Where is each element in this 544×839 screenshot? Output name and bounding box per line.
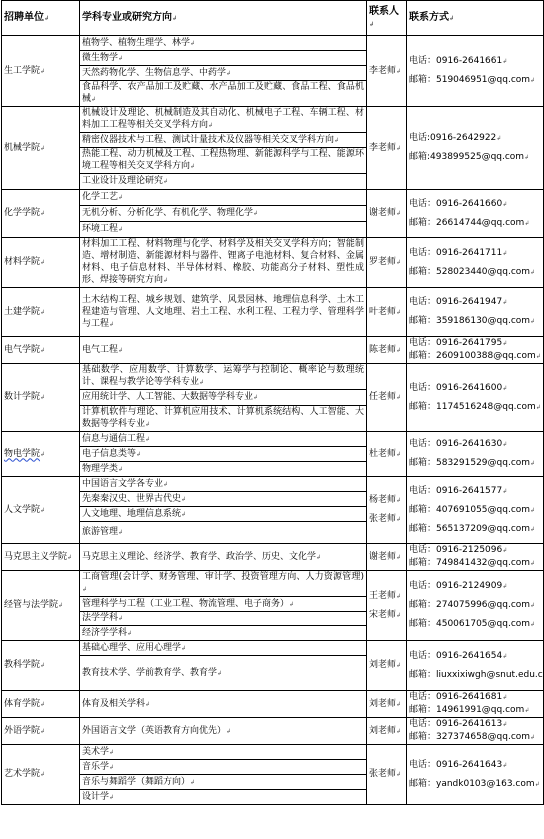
paragraph-mark-icon: ↲	[163, 277, 168, 284]
paragraph-mark-icon: ↲	[40, 662, 45, 669]
paragraph-mark-icon: ↲	[40, 68, 45, 75]
paragraph-mark-icon: ↲	[40, 451, 45, 458]
paragraph-mark-icon: ↲	[163, 481, 168, 488]
subject-text: 土木结构工程、城乡规划、建筑学、风景园林、地理信息科学、土木工程建造与管理、人文…	[82, 295, 364, 329]
paragraph-mark-icon: ↲	[502, 547, 507, 554]
subject-cell: 物理学类↲	[80, 462, 367, 477]
contact-person-name: 任老师	[369, 392, 396, 402]
paragraph-mark-icon: ↲	[396, 259, 401, 266]
phone-line: 电话：0916-2641643↲	[409, 759, 541, 772]
paragraph-mark-icon: ↲	[502, 583, 507, 590]
email-address[interactable]: 邮箱：749841432@qq.com	[409, 558, 530, 568]
table-row: 机械学院↲机械设计及理论、机械制造及其自动化、机械电子工程、车辆工程、材料加工工…	[2, 107, 544, 133]
contact-person-cell: 张老师↲	[367, 745, 407, 805]
subject-text: 机械设计及理论、机械制造及其自动化、机械电子工程、车辆工程、材料加工工程等相关交…	[82, 108, 364, 130]
subject-text: 天然药物化学、生物信息学、中药学	[82, 68, 226, 78]
subject-cell: 旅游管理↲	[80, 522, 367, 544]
paragraph-mark-icon: ↲	[109, 749, 114, 756]
unit-cell: 艺术学院↲	[2, 745, 80, 805]
phone-number: 电话：0916-2641600	[409, 383, 502, 393]
contact-person: 刘老师↲	[369, 659, 404, 672]
unit-name: 马克思主义学院	[4, 552, 67, 562]
recruitment-table: 招聘单位↲ 学科专业或研究方向↲ 联系人↲ 联系方式↲ 生工学院↲植物学、植物生…	[1, 0, 544, 805]
paragraph-mark-icon: ↲	[40, 145, 45, 152]
paragraph-mark-icon: ↲	[502, 488, 507, 495]
unit-cell: 电气学院↲	[2, 337, 80, 364]
paragraph-mark-icon: ↲	[118, 226, 123, 233]
email-address[interactable]: 邮箱：450061705@qq.com	[409, 619, 530, 629]
contact-person: 杨老师↲	[369, 494, 404, 507]
subject-text: 旅游管理	[82, 527, 118, 537]
subject-cell: 精密仪器技术与工程、测试计量技术及仪器等相关交叉学科方向↲	[80, 133, 367, 148]
paragraph-mark-icon: ↲	[172, 15, 177, 22]
paragraph-mark-icon: ↲	[396, 68, 401, 75]
unit-cell: 材料学院↲	[2, 238, 80, 288]
email-line: 邮箱:493899525@qq.com↲	[409, 151, 541, 164]
subject-text: 工商管理(会计学、财务管理、审计学、投资管理方向、人力资源管理)	[82, 572, 364, 582]
contact-person: 陈老师↲	[369, 344, 404, 357]
subject-cell: 体育及相关学科↲	[80, 691, 367, 718]
email-address[interactable]: 邮箱：407691055@qq.com	[409, 505, 530, 515]
paragraph-mark-icon: ↲	[118, 55, 123, 62]
email-line: 邮箱：583291529@qq.com↲	[409, 457, 541, 470]
paragraph-mark-icon: ↲	[502, 299, 507, 306]
email-address[interactable]: 邮箱：274075996@qq.com	[409, 600, 530, 610]
paragraph-mark-icon: ↲	[40, 507, 45, 514]
paragraph-mark-icon: ↲	[82, 586, 87, 593]
subject-text: 教育技术学、学前教育学、教育学	[82, 668, 217, 678]
phone-number: 电话：0916-2641630	[409, 439, 502, 449]
contact-person: 宋老师↲	[369, 609, 404, 622]
subject-text: 基础心理学、应用心理学	[82, 643, 181, 653]
paragraph-mark-icon: ↲	[502, 58, 507, 65]
unit-cell: 机械学院↲	[2, 107, 80, 190]
subject-cell: 美术学↲	[80, 745, 367, 760]
email-address[interactable]: 邮箱：359186130@qq.com	[409, 316, 530, 326]
subject-text: 经济学学科	[82, 628, 127, 638]
paragraph-mark-icon: ↲	[253, 394, 258, 401]
contact-person-cell: 任老师↲	[367, 364, 407, 432]
email-address[interactable]: 邮箱：liuxxixiwgh@snut.edu.cn	[409, 670, 544, 680]
header-person: 联系人↲	[367, 1, 407, 36]
contact-person: 王老师↲	[369, 590, 404, 603]
subject-text: 音乐学	[82, 762, 109, 772]
email-address[interactable]: 邮箱：26614744@qq.com	[409, 218, 524, 228]
phone-line: 电话：0916-2641711↲	[409, 247, 541, 260]
paragraph-mark-icon: ↲	[502, 653, 507, 660]
paragraph-mark-icon: ↲	[530, 602, 535, 609]
paragraph-mark-icon: ↲	[524, 154, 529, 161]
contact-info-cell: 电话：0916-2124909↲邮箱：274075996@qq.com↲邮箱：4…	[407, 571, 544, 641]
paragraph-mark-icon: ↲	[536, 353, 541, 360]
table-row: 化学学院↲化学工艺↲谢老师↲电话：0916-2641660↲邮箱：2661474…	[2, 190, 544, 206]
unit-cell: 外语学院↲	[2, 718, 80, 745]
subject-text: 热能工程、动力机械及工程、工程热物理、新能源科学与工程、能源环境工程等相关交叉学…	[82, 149, 364, 171]
paragraph-mark-icon: ↲	[118, 194, 123, 201]
paragraph-mark-icon: ↲	[396, 662, 401, 669]
contact-person-name: 刘老师	[369, 726, 396, 736]
paragraph-mark-icon: ↲	[502, 250, 507, 257]
contact-person-name: 张老师	[369, 769, 396, 779]
paragraph-mark-icon: ↲	[226, 728, 231, 735]
contact-person-name: 李老师	[369, 66, 396, 76]
paragraph-mark-icon: ↲	[136, 451, 141, 458]
phone-line: 电话：0916-2641660↲	[409, 198, 541, 211]
subject-cell: 音乐与舞蹈学（舞蹈方向）↲	[80, 775, 367, 790]
email-address[interactable]: 邮箱：14961991@qq.com	[409, 705, 524, 715]
paragraph-mark-icon: ↲	[530, 460, 535, 467]
header-unit: 招聘单位↲	[2, 1, 80, 36]
phone-number: 电话：0916-2641947	[409, 297, 502, 307]
unit-name: 电气学院	[4, 345, 40, 355]
subject-cell: 信息与通信工程↲	[80, 432, 367, 447]
phone-number: 电话：0916-2641661	[409, 56, 502, 66]
paragraph-mark-icon: ↲	[40, 259, 45, 266]
paragraph-mark-icon: ↲	[396, 394, 401, 401]
paragraph-mark-icon: ↲	[396, 554, 401, 561]
contact-info-cell: 电话：0916-2641577↲邮箱：407691055@qq.com↲邮箱：5…	[407, 477, 544, 544]
paragraph-mark-icon: ↲	[40, 394, 45, 401]
subject-text: 计算机软件与理论、计算机应用技术、计算机系统结构、人工智能、大数据等学科专业	[82, 407, 364, 429]
email-address[interactable]: 邮箱：565137209@qq.com	[409, 524, 530, 534]
paragraph-mark-icon: ↲	[40, 728, 45, 735]
paragraph-mark-icon: ↲	[396, 497, 401, 504]
subject-text: 精密仪器技术与工程、测试计量技术及仪器等相关交叉学科方向	[82, 135, 334, 145]
paragraph-mark-icon: ↲	[530, 621, 535, 628]
unit-name: 数计学院	[4, 392, 40, 402]
contact-person-cell: 王老师↲宋老师↲	[367, 571, 407, 641]
subject-cell: 植物学、植物生理学、林学↲	[80, 36, 367, 51]
subject-cell: 工业设计及理论研究↲	[80, 174, 367, 190]
paragraph-mark-icon: ↲	[396, 701, 401, 708]
subject-cell: 法学学科↲	[80, 612, 367, 626]
subject-cell: 应用统计学、人工智能、大数据等学科专业↲	[80, 390, 367, 406]
unit-cell: 经管与法学院↲	[2, 571, 80, 641]
phone-number: 电话：0916-2641711	[409, 248, 502, 258]
email-line: 邮箱：749841432@qq.com↲	[409, 557, 541, 570]
paragraph-mark-icon: ↲	[502, 385, 507, 392]
contact-person-cell: 罗老师↲	[367, 238, 407, 288]
subject-text: 工业设计及理论研究	[82, 176, 163, 186]
paragraph-mark-icon: ↲	[163, 178, 168, 185]
header-subject-label: 学科专业或研究方向	[82, 12, 172, 23]
subject-cell: 中国语言文学各专业↲	[80, 477, 367, 492]
subject-text: 马克思主义理论、经济学、教育学、政治学、历史、文化学	[82, 552, 316, 562]
paragraph-mark-icon: ↲	[145, 436, 150, 443]
contact-person-cell: 谢老师↲	[367, 544, 407, 571]
subject-text: 美术学	[82, 747, 109, 757]
contact-info-cell: 电话：0916-2641661↲邮箱：519046951@qq.com↲	[407, 36, 544, 107]
table-row: 体育学院↲体育及相关学科↲刘老师↲电话：0916-2641681↲邮箱：1496…	[2, 691, 544, 718]
contact-info-cell: 电话：0916-2641600↲邮箱：1174516248@qq.com↲	[407, 364, 544, 432]
email-address[interactable]: 邮箱：yandk0103@163.com	[409, 779, 535, 789]
subject-text: 物理学类	[82, 464, 118, 474]
unit-name: 生工学院	[4, 66, 40, 76]
subject-cell: 热能工程、动力机械及工程、工程热物理、新能源科学与工程、能源环境工程等相关交叉学…	[80, 148, 367, 174]
paragraph-mark-icon: ↲	[91, 96, 96, 103]
table-row: 艺术学院↲美术学↲张老师↲电话：0916-2641643↲邮箱：yandk010…	[2, 745, 544, 760]
table-row: 电气学院↲电气工程↲陈老师↲电话：0916-2641795↲邮箱：2609100…	[2, 337, 544, 364]
phone-number: 电话：0916-2641795	[409, 338, 502, 348]
contact-person-cell: 刘老师↲	[367, 691, 407, 718]
subject-text: 法学学科	[82, 613, 118, 623]
phone-number: 电话:0916-2642922	[409, 133, 496, 143]
subject-text: 设计学	[82, 792, 109, 802]
email-line: 邮箱：528023440@qq.com↲	[409, 266, 541, 279]
paragraph-mark-icon: ↲	[502, 762, 507, 769]
email-line: 邮箱：327374658@qq.com↲	[409, 731, 541, 744]
paragraph-mark-icon: ↲	[530, 77, 535, 84]
subject-text: 化学工艺	[82, 192, 118, 202]
paragraph-mark-icon: ↲	[208, 122, 213, 129]
phone-line: 电话：0916-2125096↲	[409, 544, 541, 557]
paragraph-mark-icon: ↲	[118, 466, 123, 473]
email-address[interactable]: 邮箱：583291529@qq.com	[409, 458, 530, 468]
unit-cell: 人文学院↲	[2, 477, 80, 544]
email-line: 邮箱：1174516248@qq.com↲	[409, 401, 541, 414]
contact-person-cell: 刘老师↲	[367, 641, 407, 691]
subject-cell: 食品科学、农产品加工及贮藏、水产品加工及贮藏、食品工程、食品机械↲	[80, 81, 367, 107]
subject-text: 环境工程	[82, 224, 118, 234]
contact-person-cell: 杜老师↲	[367, 432, 407, 477]
subject-text: 应用统计学、人工智能、大数据等学科专业	[82, 392, 253, 402]
paragraph-mark-icon: ↲	[502, 441, 507, 448]
phone-number: 电话：0916-2641613	[409, 719, 502, 729]
phone-line: 电话：0916-2641577↲	[409, 485, 541, 498]
email-address[interactable]: 邮箱：519046951@qq.com	[409, 75, 530, 85]
contact-info-cell: 电话：0916-2641630↲邮箱：583291529@qq.com↲	[407, 432, 544, 477]
email-line: 邮箱：359186130@qq.com↲	[409, 315, 541, 328]
contact-info-cell: 电话：0916-2641681↲邮箱：14961991@qq.com↲	[407, 691, 544, 718]
contact-person-name: 谢老师	[369, 208, 396, 218]
contact-person-cell: 刘老师↲	[367, 718, 407, 745]
header-person-label: 联系人	[369, 6, 399, 17]
subject-text: 外国语言文学（英语教育方向优先）	[82, 726, 226, 736]
table-row: 数计学院↲基础数学、应用数学、计算数学、运筹学与控制论、概率论与数理统计、课程与…	[2, 364, 544, 390]
phone-line: 电话:0916-2642922↲	[409, 132, 541, 145]
unit-cell: 化学学院↲	[2, 190, 80, 238]
contact-person: 李老师↲	[369, 65, 404, 78]
subject-text: 管理科学与工程（工业工程、物流管理、电子商务）	[82, 599, 289, 609]
paragraph-mark-icon: ↲	[181, 496, 186, 503]
paragraph-mark-icon: ↲	[396, 145, 401, 152]
contact-info-cell: 电话：0916-2641795↲邮箱：2609100388@qq.com↲	[407, 337, 544, 364]
paragraph-mark-icon: ↲	[502, 201, 507, 208]
paragraph-mark-icon: ↲	[190, 779, 195, 786]
paragraph-mark-icon: ↲	[118, 529, 123, 536]
contact-person-name: 宋老师	[369, 610, 396, 620]
unit-name: 机械学院	[4, 143, 40, 153]
email-line: 邮箱：2609100388@qq.com↲	[409, 350, 541, 363]
email-line: 邮箱：450061705@qq.com↲	[409, 618, 541, 631]
contact-person-cell: 谢老师↲	[367, 190, 407, 238]
paragraph-mark-icon: ↲	[40, 771, 45, 778]
phone-number: 电话：0916-2641643	[409, 760, 502, 770]
unit-cell: 体育学院↲	[2, 691, 80, 718]
subject-text: 无机分析、分析化学、有机化学、物理化学	[82, 208, 253, 218]
paragraph-mark-icon: ↲	[316, 554, 321, 561]
paragraph-mark-icon: ↲	[524, 707, 529, 714]
subject-cell: 经济学学科↲	[80, 626, 367, 641]
contact-person-cell: 杨老师↲张老师↲	[367, 477, 407, 544]
paragraph-mark-icon: ↲	[109, 794, 114, 801]
subject-text: 电气工程	[82, 345, 118, 355]
contact-person: 叶老师↲	[369, 306, 404, 319]
table-row: 教科学院↲基础心理学、应用心理学↲刘老师↲电话：0916-2641654↲邮箱：…	[2, 641, 544, 656]
subject-cell: 土木结构工程、城乡规划、建筑学、风景园林、地理信息科学、土木工程建造与管理、人文…	[80, 288, 367, 337]
paragraph-mark-icon: ↲	[396, 516, 401, 523]
paragraph-mark-icon: ↲	[396, 771, 401, 778]
contact-person-name: 罗老师	[369, 257, 396, 267]
phone-line: 电话：0916-2641681↲	[409, 691, 541, 704]
subject-cell: 外国语言文学（英语教育方向优先）↲	[80, 718, 367, 745]
contact-person: 张老师↲	[369, 768, 404, 781]
email-line: 邮箱：yandk0103@163.com↲	[409, 778, 541, 791]
contact-person-cell: 陈老师↲	[367, 337, 407, 364]
subject-text: 先秦秦汉史、世界古代史	[82, 494, 181, 504]
email-address[interactable]: 邮箱：2609100388@qq.com	[409, 351, 536, 361]
table-row: 生工学院↲植物学、植物生理学、林学↲李老师↲电话：0916-2641661↲邮箱…	[2, 36, 544, 51]
paragraph-mark-icon: ↲	[181, 645, 186, 652]
email-line: 邮箱：274075996@qq.com↲	[409, 599, 541, 612]
subject-cell: 设计学↲	[80, 790, 367, 805]
subject-cell: 材料加工工程、材料物理与化学、材料学及相关交叉学科方向；智能制造、增材制造、新能…	[80, 238, 367, 288]
contact-info-cell: 电话：0916-2641613↲邮箱：327374658@qq.com↲	[407, 718, 544, 745]
email-line: 邮箱：407691055@qq.com↲	[409, 504, 541, 517]
paragraph-mark-icon: ↲	[524, 220, 529, 227]
unit-cell: 土建学院↲	[2, 288, 80, 337]
paragraph-mark-icon: ↲	[496, 135, 501, 142]
paragraph-mark-icon: ↲	[396, 728, 401, 735]
phone-number: 电话：0916-2641577	[409, 486, 502, 496]
paragraph-mark-icon: ↲	[44, 15, 49, 22]
unit-name: 外语学院	[4, 726, 40, 736]
table-row: 人文学院↲中国语言文学各专业↲杨老师↲张老师↲电话：0916-2641577↲邮…	[2, 477, 544, 492]
email-line: 邮箱：liuxxixiwgh@snut.edu.cn↲	[409, 669, 541, 682]
contact-info-cell: 电话：0916-2641711↲邮箱：528023440@qq.com↲	[407, 238, 544, 288]
paragraph-mark-icon: ↲	[530, 269, 535, 276]
unit-cell: 教科学院↲	[2, 641, 80, 691]
unit-cell: 物电学院↲	[2, 432, 80, 477]
subject-text: 基础数学、应用数学、计算数学、运筹学与控制论、概率论与数理统计、课程与教学论等学…	[82, 365, 364, 387]
subject-text: 人文地理、地理信息系统	[82, 509, 181, 519]
unit-cell: 数计学院↲	[2, 364, 80, 432]
paragraph-mark-icon: ↲	[145, 421, 150, 428]
subject-cell: 计算机软件与理论、计算机应用技术、计算机系统结构、人工智能、大数据等学科专业↲	[80, 406, 367, 432]
contact-person: 刘老师↲	[369, 725, 404, 738]
table-row: 外语学院↲外国语言文学（英语教育方向优先）↲刘老师↲电话：0916-264161…	[2, 718, 544, 745]
subject-text: 电子信息类等	[82, 449, 136, 459]
paragraph-mark-icon: ↲	[396, 210, 401, 217]
header-subject: 学科专业或研究方向↲	[80, 1, 367, 36]
paragraph-mark-icon: ↲	[40, 347, 45, 354]
paragraph-mark-icon: ↲	[199, 379, 204, 386]
paragraph-mark-icon: ↲	[145, 701, 150, 708]
unit-cell: 生工学院↲	[2, 36, 80, 107]
contact-person-name: 刘老师	[369, 660, 396, 670]
table-row: 材料学院↲材料加工工程、材料物理与化学、材料学及相关交叉学科方向；智能制造、增材…	[2, 238, 544, 288]
header-unit-label: 招聘单位	[4, 12, 44, 23]
table-header-row: 招聘单位↲ 学科专业或研究方向↲ 联系人↲ 联系方式↲	[2, 1, 544, 36]
unit-name: 艺术学院	[4, 769, 40, 779]
email-line: 邮箱：14961991@qq.com↲	[409, 704, 541, 717]
contact-person: 谢老师↲	[369, 551, 404, 564]
paragraph-mark-icon: ↲	[181, 511, 186, 518]
subject-cell: 人文地理、地理信息系统↲	[80, 507, 367, 522]
phone-line: 电话：0916-2641947↲	[409, 296, 541, 309]
phone-number: 电话：0916-2124909	[409, 581, 502, 591]
phone-number: 电话：0916-2641660	[409, 199, 502, 209]
header-contact-label: 联系方式	[409, 12, 449, 23]
paragraph-mark-icon: ↲	[118, 615, 123, 622]
contact-info-cell: 电话：0916-2641660↲邮箱：26614744@qq.com↲	[407, 190, 544, 238]
subject-cell: 音乐学↲	[80, 760, 367, 775]
subject-cell: 管理科学与工程（工业工程、物流管理、电子商务）↲	[80, 597, 367, 612]
phone-number: 电话：0916-2641681	[409, 692, 502, 702]
paragraph-mark-icon: ↲	[190, 40, 195, 47]
email-line: 邮箱：565137209@qq.com↲	[409, 523, 541, 536]
phone-line: 电话：0916-2641661↲	[409, 55, 541, 68]
paragraph-mark-icon: ↲	[396, 309, 401, 316]
contact-person-name: 杨老师	[369, 495, 396, 505]
paragraph-mark-icon: ↲	[502, 694, 507, 701]
contact-info-cell: 电话：0916-2125096↲邮箱：749841432@qq.com↲	[407, 544, 544, 571]
email-line: 邮箱：26614744@qq.com↲	[409, 217, 541, 230]
phone-line: 电话：0916-2641613↲	[409, 718, 541, 731]
subject-cell: 教育技术学、学前教育学、教育学↲	[80, 656, 367, 691]
paragraph-mark-icon: ↲	[530, 734, 535, 741]
unit-name: 化学学院	[4, 208, 40, 218]
email-address[interactable]: 邮箱：528023440@qq.com	[409, 267, 530, 277]
paragraph-mark-icon: ↲	[535, 781, 540, 788]
unit-cell: 马克思主义学院↲	[2, 544, 80, 571]
phone-line: 电话：0916-2641600↲	[409, 382, 541, 395]
table-row: 物电学院↲信息与通信工程↲杜老师↲电话：0916-2641630↲邮箱：5832…	[2, 432, 544, 447]
subject-cell: 马克思主义理论、经济学、教育学、政治学、历史、文化学↲	[80, 544, 367, 571]
subject-cell: 电子信息类等↲	[80, 447, 367, 462]
paragraph-mark-icon: ↲	[289, 601, 294, 608]
contact-person-cell: 李老师↲	[367, 107, 407, 190]
email-address[interactable]: 邮箱：1174516248@qq.com	[409, 402, 536, 412]
contact-person-name: 李老师	[369, 143, 396, 153]
paragraph-mark-icon: ↲	[127, 630, 132, 637]
contact-person-name: 谢老师	[369, 552, 396, 562]
paragraph-mark-icon: ↲	[253, 210, 258, 217]
phone-number: 电话：0916-2641654	[409, 651, 502, 661]
paragraph-mark-icon: ↲	[369, 21, 374, 28]
subject-text: 材料加工工程、材料物理与化学、材料学及相关交叉学科方向；智能制造、增材制造、新能…	[82, 239, 364, 285]
subject-cell: 环境工程↲	[80, 222, 367, 238]
contact-person: 罗老师↲	[369, 256, 404, 269]
unit-name: 材料学院	[4, 257, 40, 267]
phone-line: 电话：0916-2124909↲	[409, 580, 541, 593]
email-address[interactable]: 邮箱：327374658@qq.com	[409, 732, 530, 742]
paragraph-mark-icon: ↲	[396, 347, 401, 354]
phone-line: 电话：0916-2641630↲	[409, 438, 541, 451]
table-row: 马克思主义学院↲马克思主义理论、经济学、教育学、政治学、历史、文化学↲谢老师↲电…	[2, 544, 544, 571]
unit-name: 教科学院	[4, 660, 40, 670]
subject-text: 微生物学	[82, 53, 118, 63]
contact-info-cell: 电话：0916-2641654↲邮箱：liuxxixiwgh@snut.edu.…	[407, 641, 544, 691]
unit-name: 物电学院	[4, 449, 40, 459]
paragraph-mark-icon: ↲	[109, 321, 114, 328]
paragraph-mark-icon: ↲	[217, 670, 222, 677]
paragraph-mark-icon: ↲	[396, 612, 401, 619]
unit-name: 经管与法学院	[4, 600, 58, 610]
email-address[interactable]: 邮箱:493899525@qq.com	[409, 152, 524, 162]
contact-person: 李老师↲	[369, 142, 404, 155]
subject-cell: 电气工程↲	[80, 337, 367, 364]
